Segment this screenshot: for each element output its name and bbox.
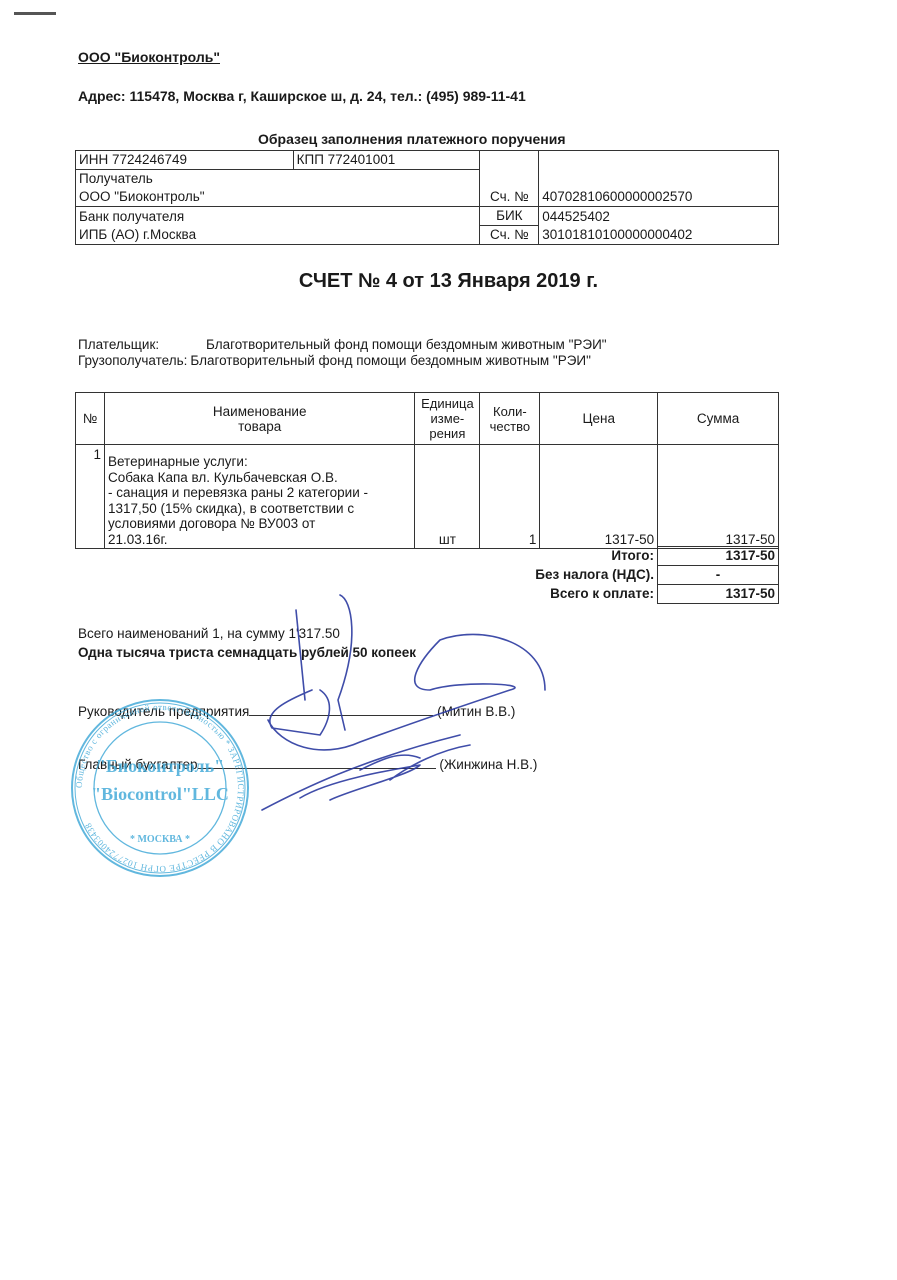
due-value: 1317-50 [658,585,779,604]
due-row: Всего к оплате: 1317-50 [75,585,779,604]
invoice-title: СЧЕТ № 4 от 13 Января 2019 г. [0,270,897,293]
corr-account-label: Сч. № [480,226,539,245]
total-label: Итого: [75,547,658,566]
col-sum: Сумма [658,393,779,445]
inn: ИНН 7724246749 [76,151,294,170]
payment-details-table: ИНН 7724246749 КПП 772401001 Сч. № 40702… [75,150,779,245]
accountant-signature-mark [262,735,470,810]
bank-name: ИПБ (АО) г.Москва [76,226,480,245]
head-signature-line: Руководитель предприятия (Митин В.В.) [78,703,515,719]
consignee-label: Грузополучатель: [78,353,187,368]
col-num: № [76,393,105,445]
items-table: № Наименованиетовара Единицаизме-рения К… [75,392,779,549]
vat-row: Без налога (НДС). - [75,566,779,585]
due-label: Всего к оплате: [75,585,658,604]
item-price: 1317-50 [540,445,658,549]
items-count-summary: Всего наименований 1, на сумму 1'317.50 [78,626,340,641]
head-signature-mark [268,595,545,750]
accountant-signature-field [198,756,436,769]
kpp: КПП 772401001 [293,151,480,170]
items-header-row: № Наименованиетовара Единицаизме-рения К… [76,393,779,445]
item-unit: шт [415,445,480,549]
recipient-label: Получатель [76,170,480,189]
bank-label: Банк получателя [76,207,480,226]
item-name-line: 1317,50 (15% скидка), в соответствии с [108,501,411,517]
item-sum: 1317-50 [658,445,779,549]
payer-line: Плательщик:Благотворительный фонд помощи… [78,337,607,352]
col-price: Цена [540,393,658,445]
company-name: ООО "Биоконтроль" [78,49,220,65]
table-row: 1Ветеринарные услуги:Собака Капа вл. Кул… [76,445,779,549]
bik-label: БИК [480,207,539,226]
consignee-value: Благотворительный фонд помощи бездомным … [190,353,591,368]
item-name-line: 21.03.16г. [108,532,411,548]
item-name: Ветеринарные услуги:Собака Капа вл. Куль… [104,445,414,549]
accountant-signature-line: Главный бухгалтер (Жинжина Н.В.) [78,756,537,772]
item-qty: 1 [480,445,540,549]
accountant-label: Главный бухгалтер [78,757,198,772]
item-name-line: - санация и перевязка раны 2 категории - [108,485,411,501]
amount-in-words: Одна тысяча триста семнадцать рублей 50 … [78,645,416,660]
svg-text:"Biocontrol"LLC: "Biocontrol"LLC [91,784,229,804]
scan-artifact [14,12,56,15]
svg-text:Общество с ограниченной ответс: Общество с ограниченной ответственностью… [74,702,246,874]
item-name-line: Ветеринарные услуги: [108,454,411,470]
company-address: Адрес: 115478, Москва г, Каширское ш, д.… [78,88,526,104]
item-name-line: Собака Капа вл. Кульбачевская О.В. [108,470,411,486]
item-number: 1 [76,445,105,549]
svg-text:* МОСКВА *: * МОСКВА * [130,834,190,845]
col-unit: Единицаизме-рения [415,393,480,445]
item-name-line: условиями договора № ВУ003 от [108,516,411,532]
account-number: 40702810600000002570 [539,151,779,207]
payer-value: Благотворительный фонд помощи бездомным … [206,337,607,352]
account-label: Сч. № [480,151,539,207]
totals-table: Итого: 1317-50 Без налога (НДС). - Всего… [75,546,779,604]
total-row: Итого: 1317-50 [75,547,779,566]
corr-account-number: 30101810100000000402 [539,226,779,245]
vat-value: - [658,566,779,585]
head-name: (Митин В.В.) [437,704,515,719]
head-label: Руководитель предприятия [78,704,249,719]
col-name: Наименованиетовара [104,393,414,445]
vat-label: Без налога (НДС). [75,566,658,585]
head-signature-field [249,703,433,716]
consignee-line: Грузополучатель:Благотворительный фонд п… [78,353,591,368]
accountant-name: (Жинжина Н.В.) [439,757,537,772]
payer-label: Плательщик: [78,337,206,352]
bik-value: 044525402 [539,207,779,226]
payment-sample-title: Образец заполнения платежного поручения [258,131,566,147]
recipient-name: ООО "Биоконтроль" [76,188,480,207]
col-qty: Коли-чество [480,393,540,445]
total-value: 1317-50 [658,547,779,566]
